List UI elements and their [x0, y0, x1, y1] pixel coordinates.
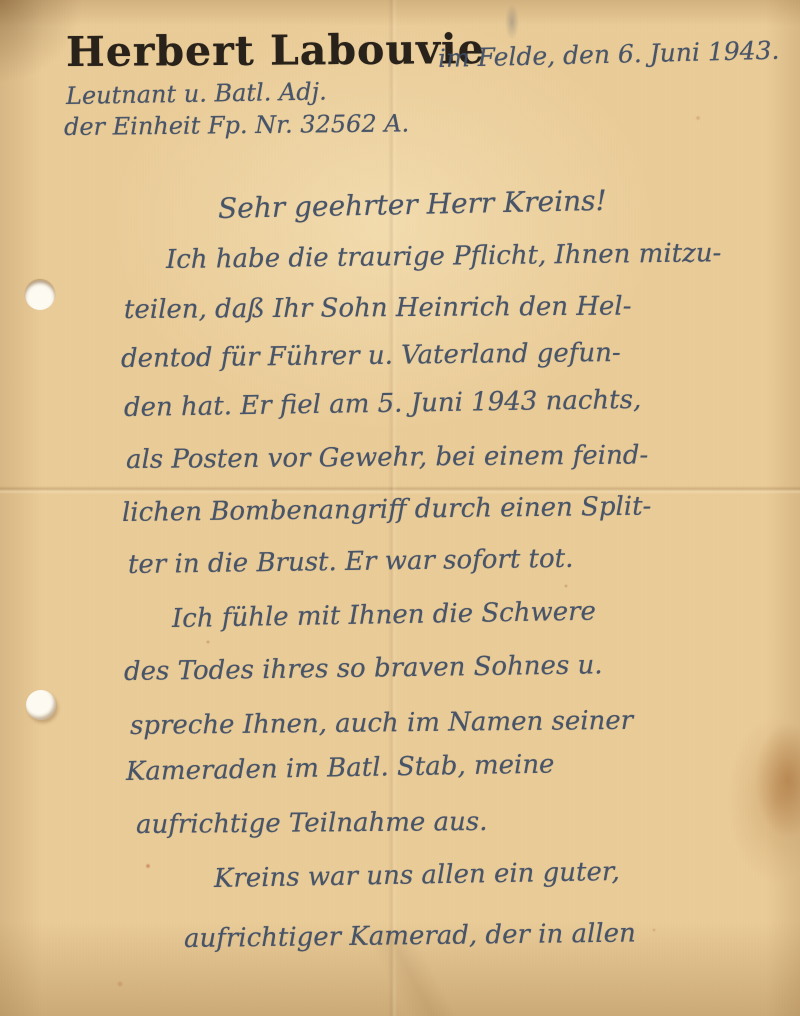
body-line: aufrichtiger Kamerad, der in allen — [184, 918, 636, 954]
body-line: spreche Ihnen, auch im Namen seiner — [130, 706, 633, 741]
body-line: dentod für Führer u. Vaterland gefun- — [121, 338, 621, 374]
body-line: Ich habe die traurige Pflicht, Ihnen mit… — [166, 238, 722, 275]
body-line: als Posten vor Gewehr, bei einem feind- — [126, 440, 648, 475]
letterhead-unit-line: der Einheit Fp. Nr. 32562 A. — [64, 109, 410, 141]
body-line: teilen, daß Ihr Sohn Heinrich den Hel- — [124, 291, 632, 325]
letterhead-rank-line: Leutnant u. Batl. Adj. — [66, 77, 327, 110]
body-line: Kreins war uns allen ein guter, — [214, 857, 620, 894]
body-line: aufrichtige Teilnahme aus. — [136, 807, 488, 840]
letterhead-name: Herbert Labouvie — [66, 25, 485, 76]
body-line: ter in die Brust. Er war sofort tot. — [128, 544, 574, 580]
horizontal-fold-crease — [0, 486, 800, 494]
punch-hole-bottom — [26, 690, 56, 720]
dateline: im Felde, den 6. Juni 1943. — [438, 36, 780, 73]
body-line: lichen Bombenangriff durch einen Split- — [122, 492, 652, 528]
letter-page: Herbert Labouvie Leutnant u. Batl. Adj. … — [0, 0, 800, 1016]
body-line: Kameraden im Batl. Stab, meine — [126, 750, 555, 787]
salutation: Sehr geehrter Herr Kreins! — [218, 184, 607, 225]
body-line: den hat. Er fiel am 5. Juni 1943 nachts, — [124, 385, 642, 423]
punch-hole-top — [25, 280, 55, 310]
body-line: des Todes ihres so braven Sohnes u. — [124, 650, 603, 687]
body-line: Ich fühle mit Ihnen die Schwere — [172, 597, 596, 634]
